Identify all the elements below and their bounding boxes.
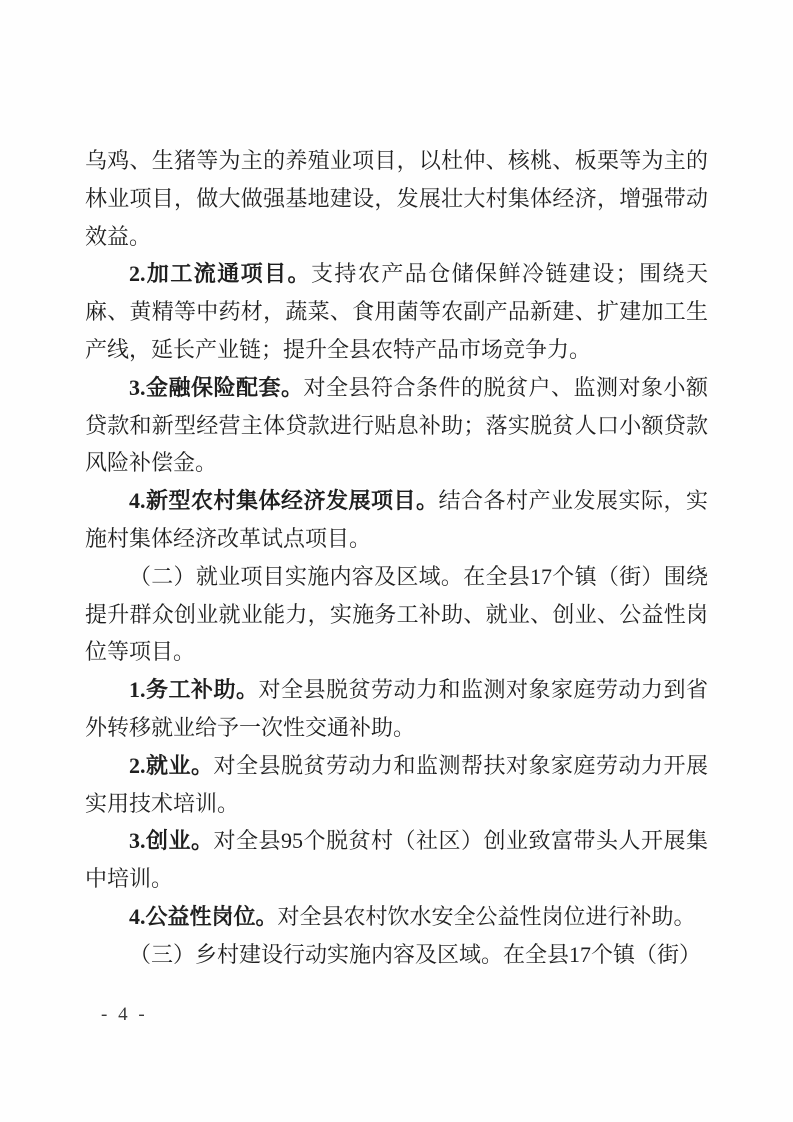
paragraph: 3.金融保险配套。对全县符合条件的脱贫户、监测对象小额贷款和新型经营主体贷款进行… (85, 369, 708, 482)
paragraph: 4.公益性岗位。对全县农村饮水安全公益性岗位进行补助。 (85, 898, 708, 936)
document-body: 乌鸡、生猪等为主的养殖业项目，以杜仲、核桃、板栗等为主的林业项目，做大做强基地建… (85, 142, 708, 974)
paragraph: 1.务工补助。对全县脱贫劳动力和监测对象家庭劳动力到省外转移就业给予一次性交通补… (85, 671, 708, 747)
paragraph-text: 对全县农村饮水安全公益性岗位进行补助。 (278, 904, 696, 929)
paragraph-head: 3.金融保险配套。 (129, 375, 304, 400)
paragraph: 4.新型农村集体经济发展项目。结合各村产业发展实际，实施村集体经济改革试点项目。 (85, 482, 708, 558)
paragraph: （三）乡村建设行动实施内容及区域。在全县17个镇（街） (85, 936, 708, 974)
paragraph: 2.就业。对全县脱贫劳动力和监测帮扶对象家庭劳动力开展实用技术培训。 (85, 747, 708, 823)
paragraph-head: 3.创业。 (129, 828, 214, 853)
paragraph: （二）就业项目实施内容及区域。在全县17个镇（街）围绕提升群众创业就业能力，实施… (85, 558, 708, 671)
paragraph-text: 在全县17个镇（街） (503, 942, 701, 967)
paragraph-head: 4.新型农村集体经济发展项目。 (129, 488, 438, 513)
paragraph: 3.创业。对全县95个脱贫村（社区）创业致富带头人开展集中培训。 (85, 822, 708, 898)
paragraph-head: （二）就业项目实施内容及区域。 (129, 564, 463, 589)
paragraph-head: 2.加工流通项目。 (129, 261, 311, 286)
paragraph: 2.加工流通项目。支持农产品仓储保鲜冷链建设；围绕天麻、黄精等中药材，蔬菜、食用… (85, 255, 708, 368)
paragraph-head: （三）乡村建设行动实施内容及区域。 (129, 942, 503, 967)
paragraph-text: 乌鸡、生猪等为主的养殖业项目，以杜仲、核桃、板栗等为主的林业项目，做大做强基地建… (85, 148, 708, 249)
paragraph-head: 1.务工补助。 (129, 677, 259, 702)
paragraph: 乌鸡、生猪等为主的养殖业项目，以杜仲、核桃、板栗等为主的林业项目，做大做强基地建… (85, 142, 708, 255)
page-number: - 4 - (101, 1004, 148, 1026)
document-page: 乌鸡、生猪等为主的养殖业项目，以杜仲、核桃、板栗等为主的林业项目，做大做强基地建… (0, 0, 793, 1122)
paragraph-head: 4.公益性岗位。 (129, 904, 278, 929)
paragraph-head: 2.就业。 (129, 753, 214, 778)
